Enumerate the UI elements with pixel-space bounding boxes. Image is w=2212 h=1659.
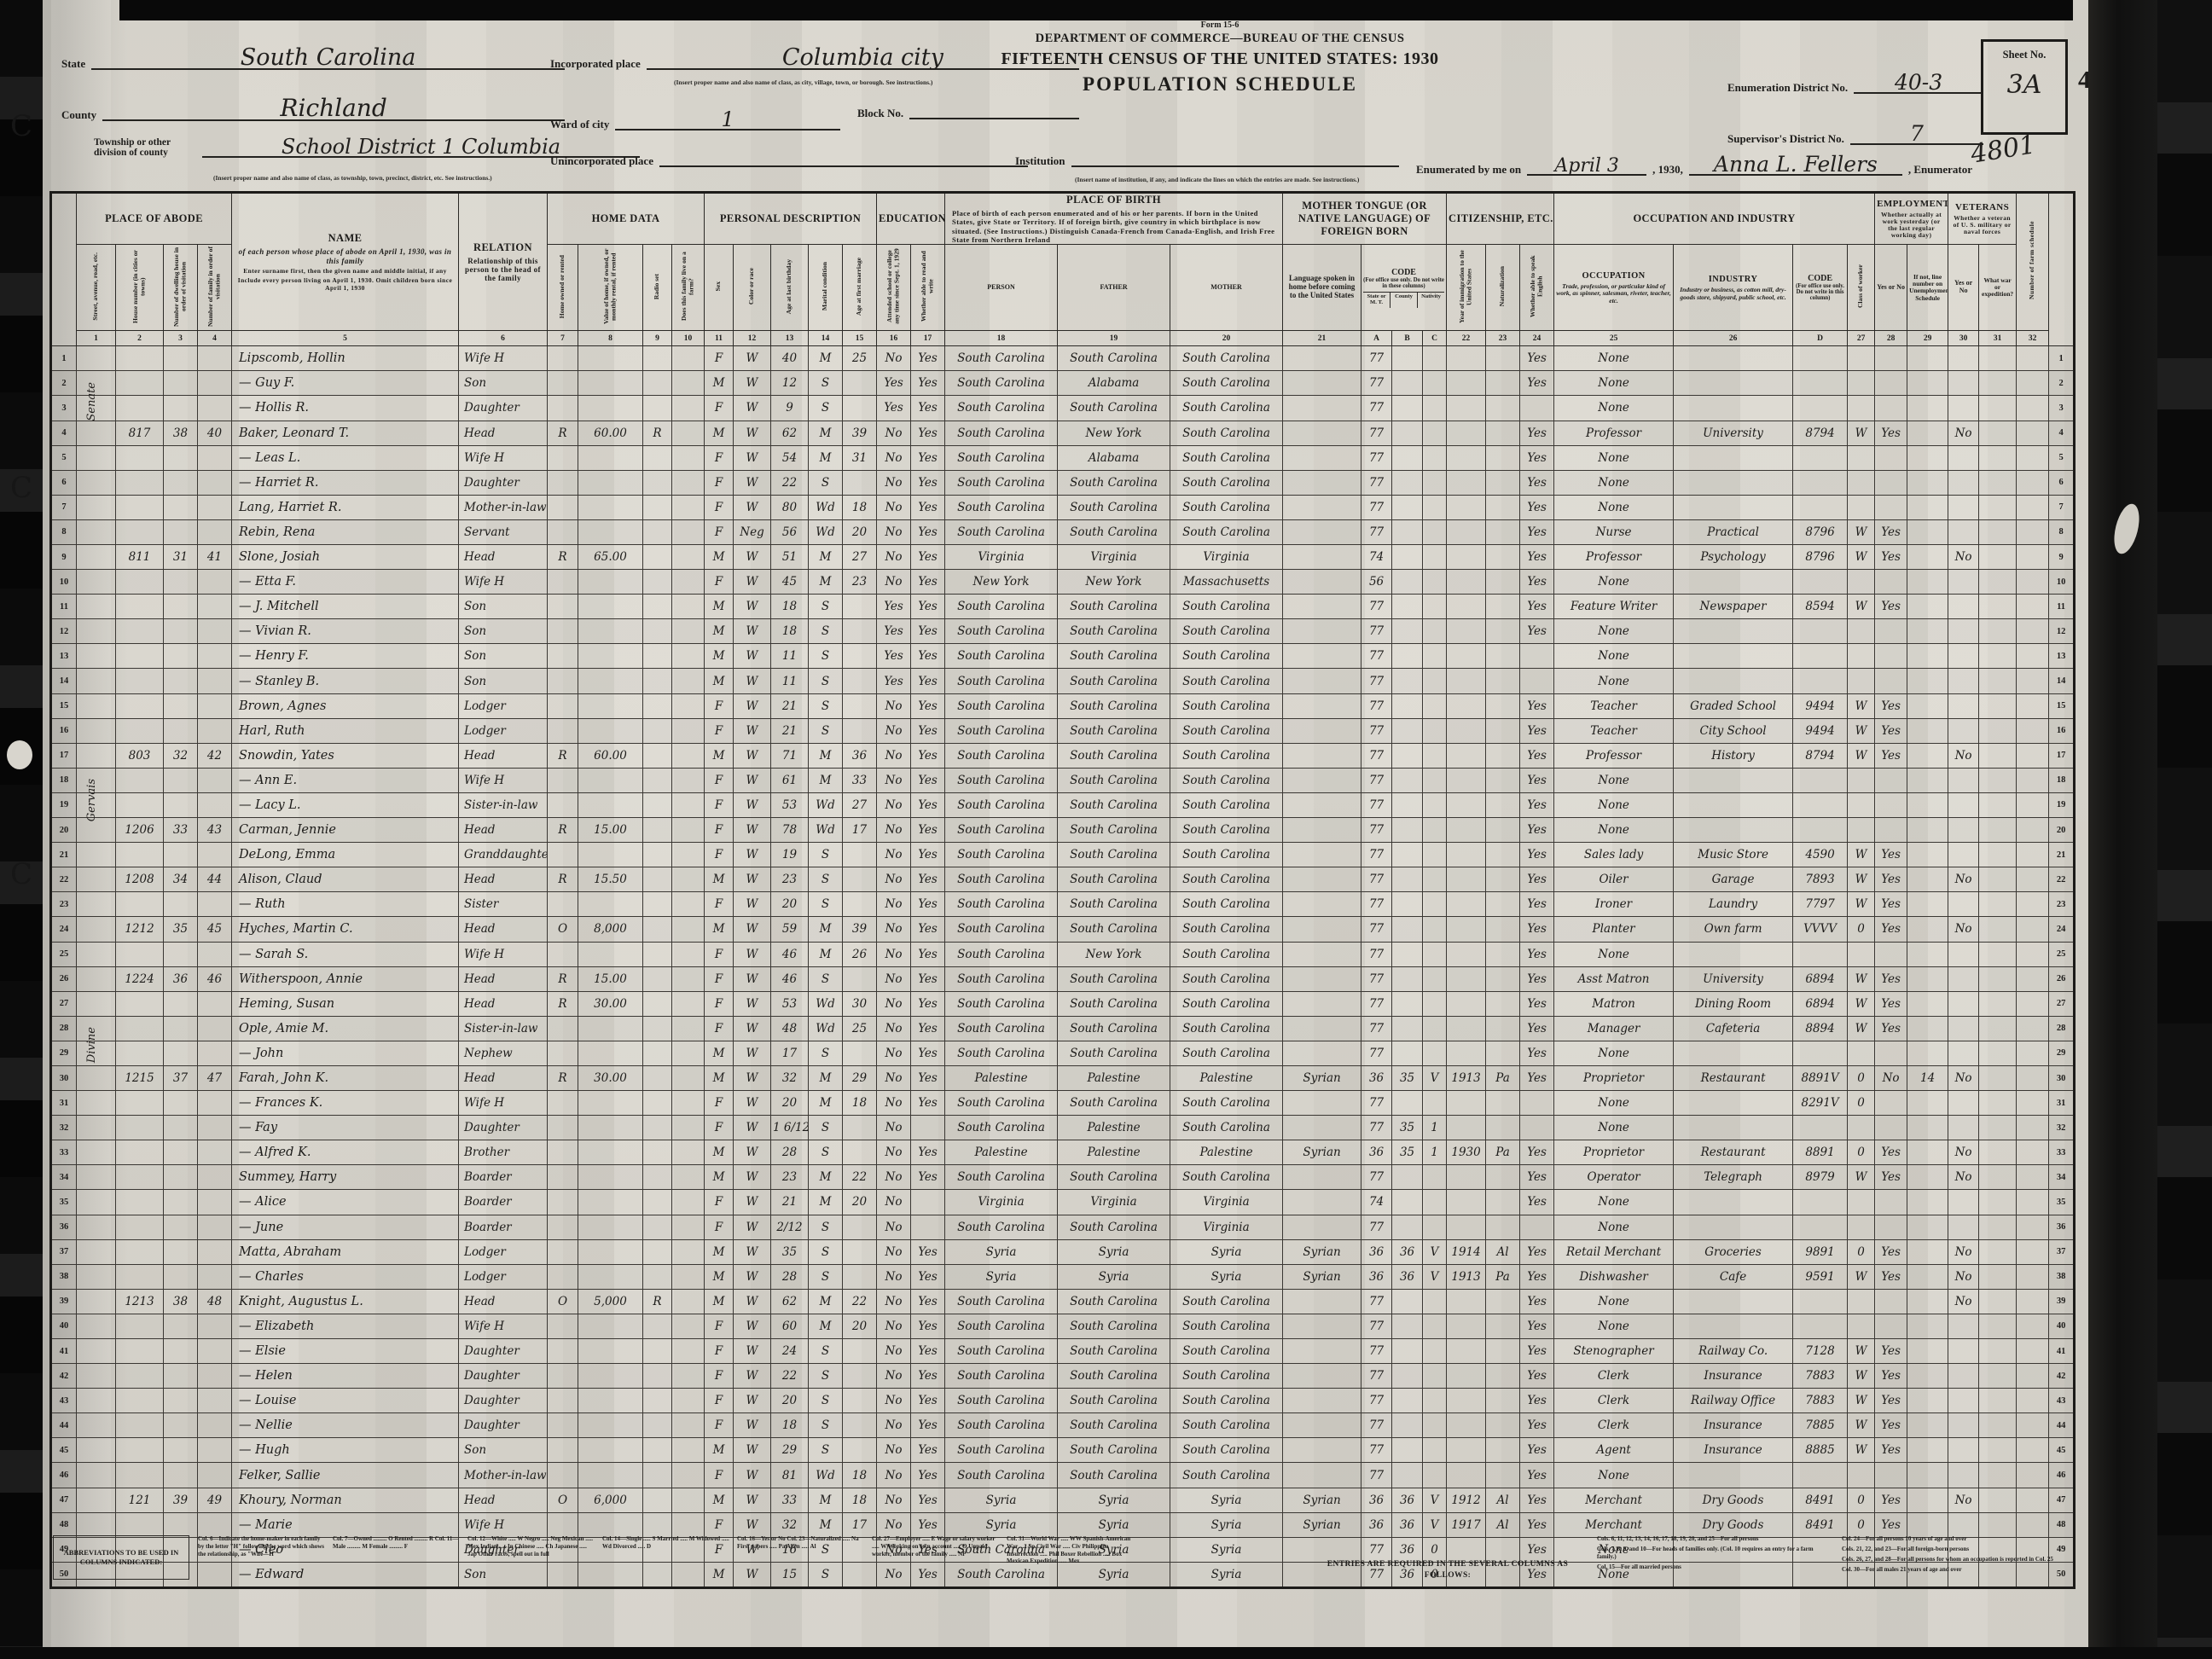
color-cell: W: [734, 1215, 771, 1239]
dwelling-number-cell: [164, 1016, 198, 1041]
age-cell: 53: [771, 792, 809, 817]
sex-cell: M: [705, 669, 734, 693]
dwelling-number-cell: 37: [164, 1065, 198, 1090]
unemployment-line-cell: [1907, 892, 1948, 917]
school-cell: No: [877, 445, 911, 470]
house-number-cell: [116, 396, 164, 421]
radio-cell: [643, 445, 672, 470]
war-cell: [1979, 1488, 2017, 1512]
enumerated-year: , 1930,: [1652, 164, 1683, 176]
column-number: 20: [1170, 331, 1283, 346]
year-immigration-cell: [1447, 991, 1486, 1016]
relation-cell: Sister: [459, 892, 548, 917]
table-row: 42— HelenDaughterFW22SNoYesSouth Carolin…: [51, 1364, 2075, 1389]
birth-person-cell: South Carolina: [945, 669, 1058, 693]
industry-cell: [1674, 1463, 1793, 1488]
speaks-english-cell: Yes: [1520, 1463, 1554, 1488]
unemployment-line-cell: [1907, 1190, 1948, 1215]
unemployment-line-cell: [1907, 470, 1948, 495]
color-cell: W: [734, 470, 771, 495]
house-number-cell: 811: [116, 545, 164, 570]
family-number-cell: [198, 644, 232, 669]
worked-yesterday-cell: [1875, 346, 1907, 371]
industry-cell: [1674, 1190, 1793, 1215]
family-number-cell: [198, 519, 232, 544]
worked-yesterday-cell: [1875, 371, 1907, 396]
sex-cell: F: [705, 1016, 734, 1041]
veteran-cell: No: [1948, 421, 1979, 445]
family-number-cell: [198, 1364, 232, 1389]
class-of-worker-cell: 0: [1848, 1239, 1875, 1264]
table-row: 36— JuneBoarderFW2/12SNoSouth CarolinaSo…: [51, 1215, 2075, 1239]
form-number: Form 15-6: [968, 20, 1472, 30]
line-number-left: 23: [51, 892, 77, 917]
family-number-cell: 44: [198, 867, 232, 892]
column-number: 16: [877, 331, 911, 346]
language-cell: [1283, 1463, 1361, 1488]
age-married-cell: 31: [843, 445, 877, 470]
birth-mother-cell: South Carolina: [1170, 867, 1283, 892]
name-cell: — Helen: [232, 1364, 459, 1389]
occupation-cell: None: [1554, 1190, 1674, 1215]
naturalization-cell: [1486, 867, 1520, 892]
birth-father-cell: South Carolina: [1058, 1389, 1170, 1413]
industry-cell: Music Store: [1674, 843, 1793, 867]
home-value-cell: [578, 1512, 643, 1537]
family-number-cell: [198, 892, 232, 917]
own-rent-cell: [548, 669, 578, 693]
table-row: 2— Guy F.SonMW12SYesYesSouth CarolinaAla…: [51, 371, 2075, 396]
sex-cell: F: [705, 1116, 734, 1140]
marital-cell: S: [809, 892, 843, 917]
language-cell: [1283, 619, 1361, 644]
age-married-cell: 20: [843, 1190, 877, 1215]
speaks-english-cell: Yes: [1520, 1389, 1554, 1413]
year-immigration-cell: [1447, 644, 1486, 669]
veteran-cell: [1948, 1364, 1979, 1389]
relation-cell: Son: [459, 371, 548, 396]
street-cell: [77, 743, 116, 768]
year-immigration-cell: [1447, 768, 1486, 792]
school-cell: Yes: [877, 669, 911, 693]
unemployment-line-cell: [1907, 843, 1948, 867]
school-cell: No: [877, 966, 911, 991]
year-immigration-cell: [1447, 545, 1486, 570]
relation-cell: Daughter: [459, 470, 548, 495]
line-number-left: 37: [51, 1239, 77, 1264]
unemployment-line-cell: [1907, 1264, 1948, 1289]
codeA-cell: 77: [1361, 644, 1392, 669]
speaks-english-cell: Yes: [1520, 1339, 1554, 1364]
birth-mother-cell: South Carolina: [1170, 1438, 1283, 1463]
worked-yesterday-cell: [1875, 1091, 1907, 1116]
name-cell: — Leas L.: [232, 445, 459, 470]
family-number-cell: [198, 718, 232, 743]
name-cell: — J. Mitchell: [232, 595, 459, 619]
farm-cell: [672, 1289, 705, 1314]
own-rent-cell: [548, 346, 578, 371]
language-cell: [1283, 1389, 1361, 1413]
sex-cell: F: [705, 942, 734, 966]
line-number-right: 37: [2049, 1239, 2075, 1264]
occupation-cell: None: [1554, 470, 1674, 495]
unemployment-line-cell: [1907, 1314, 1948, 1338]
color-cell: W: [734, 1239, 771, 1264]
col-naturalization: Naturalization: [1486, 245, 1520, 331]
footer-legend: ABBREVIATIONS TO BE USED IN COLUMNS INDI…: [53, 1535, 2075, 1643]
relation-cell: Daughter: [459, 1413, 548, 1438]
line-number-left: 29: [51, 1041, 77, 1065]
marital-cell: M: [809, 1512, 843, 1537]
school-cell: No: [877, 991, 911, 1016]
veteran-cell: [1948, 1463, 1979, 1488]
line-number-left: 30: [51, 1065, 77, 1090]
farm-cell: [672, 1339, 705, 1364]
read-write-cell: Yes: [911, 1065, 945, 1090]
year-immigration-cell: 1912: [1447, 1488, 1486, 1512]
col-house-number: House number (in cities or towns): [116, 245, 164, 331]
year-immigration-cell: [1447, 743, 1486, 768]
home-value-cell: [578, 1239, 643, 1264]
name-cell: — Vivian R.: [232, 619, 459, 644]
dwelling-number-cell: [164, 1116, 198, 1140]
year-immigration-cell: [1447, 595, 1486, 619]
codeB-cell: [1392, 644, 1423, 669]
street-cell: Gervais: [77, 818, 116, 843]
own-rent-cell: [548, 1413, 578, 1438]
birth-mother-cell: Virginia: [1170, 545, 1283, 570]
read-write-cell: Yes: [911, 818, 945, 843]
birth-mother-cell: South Carolina: [1170, 1091, 1283, 1116]
relation-cell: Head: [459, 818, 548, 843]
hole-punch: [7, 740, 32, 769]
war-cell: [1979, 644, 2017, 669]
sex-cell: M: [705, 644, 734, 669]
line-number-right: 48: [2049, 1512, 2075, 1537]
sex-cell: M: [705, 1041, 734, 1065]
occupation-cell: Proprietor: [1554, 1065, 1674, 1090]
dwelling-number-cell: [164, 371, 198, 396]
marital-cell: M: [809, 1165, 843, 1190]
veteran-cell: [1948, 1438, 1979, 1463]
class-of-worker-cell: 0: [1848, 917, 1875, 942]
house-number-cell: 1208: [116, 867, 164, 892]
line-number-right: 41: [2049, 1339, 2075, 1364]
col-street: Street, avenue, road, etc.: [77, 245, 116, 331]
language-cell: [1283, 1041, 1361, 1065]
own-rent-cell: [548, 1389, 578, 1413]
industry-cell: Insurance: [1674, 1413, 1793, 1438]
codeA-cell: 77: [1361, 1165, 1392, 1190]
industry-cell: [1674, 942, 1793, 966]
year-immigration-cell: [1447, 519, 1486, 544]
farm-schedule-cell: [2017, 669, 2049, 693]
occupation-cell: Planter: [1554, 917, 1674, 942]
relation-cell: Daughter: [459, 1339, 548, 1364]
radio-cell: [643, 595, 672, 619]
name-cell: — Ann E.: [232, 768, 459, 792]
veteran-cell: [1948, 445, 1979, 470]
marital-cell: S: [809, 470, 843, 495]
column-number: 25: [1554, 331, 1674, 346]
language-cell: [1283, 1116, 1361, 1140]
veteran-cell: [1948, 1339, 1979, 1364]
house-number-cell: 121: [116, 1488, 164, 1512]
birth-mother-cell: South Carolina: [1170, 346, 1283, 371]
relation-cell: Boarder: [459, 1165, 548, 1190]
birth-mother-cell: South Carolina: [1170, 718, 1283, 743]
family-number-cell: [198, 1215, 232, 1239]
birth-father-cell: South Carolina: [1058, 1463, 1170, 1488]
codeC-cell: [1423, 917, 1447, 942]
language-cell: [1283, 1091, 1361, 1116]
home-value-cell: [578, 693, 643, 718]
color-cell: W: [734, 1512, 771, 1537]
farm-schedule-cell: [2017, 1239, 2049, 1264]
industry-cell: Cafeteria: [1674, 1016, 1793, 1041]
color-cell: W: [734, 545, 771, 570]
col-code-abc: CODE (For office use only. Do not write …: [1361, 245, 1447, 331]
codeA-cell: 77: [1361, 693, 1392, 718]
house-number-cell: [116, 1190, 164, 1215]
farm-cell: [672, 346, 705, 371]
age-cell: 56: [771, 519, 809, 544]
abbreviation-columns: Col. 6—Indicate the home-maker in each f…: [198, 1535, 1298, 1565]
language-cell: [1283, 396, 1361, 421]
speaks-english-cell: Yes: [1520, 421, 1554, 445]
birth-person-cell: South Carolina: [945, 1016, 1058, 1041]
school-cell: Yes: [877, 619, 911, 644]
class-of-worker-cell: W: [1848, 843, 1875, 867]
sex-cell: F: [705, 470, 734, 495]
home-value-cell: [578, 519, 643, 544]
occupation-cell: None: [1554, 495, 1674, 519]
farm-schedule-cell: [2017, 1463, 2049, 1488]
language-cell: [1283, 1190, 1361, 1215]
color-cell: W: [734, 495, 771, 519]
birth-person-cell: South Carolina: [945, 892, 1058, 917]
year-immigration-cell: [1447, 942, 1486, 966]
age-married-cell: [843, 669, 877, 693]
age-cell: 18: [771, 595, 809, 619]
industry-cell: [1674, 396, 1793, 421]
house-number-cell: [116, 669, 164, 693]
veteran-cell: [1948, 346, 1979, 371]
house-number-cell: [116, 470, 164, 495]
dwelling-number-cell: [164, 495, 198, 519]
own-rent-cell: [548, 619, 578, 644]
industry-cell: University: [1674, 421, 1793, 445]
war-cell: [1979, 818, 2017, 843]
radio-cell: [643, 1339, 672, 1364]
name-cell: — Alfred K.: [232, 1140, 459, 1165]
line-number-column-header-right: [2049, 193, 2075, 346]
relation-cell: Wife H: [459, 1314, 548, 1338]
occupation-cell: Operator: [1554, 1165, 1674, 1190]
codeA-cell: 77: [1361, 371, 1392, 396]
birth-father-cell: South Carolina: [1058, 346, 1170, 371]
war-cell: [1979, 942, 2017, 966]
own-rent-cell: R: [548, 818, 578, 843]
age-cell: 60: [771, 1314, 809, 1338]
farm-cell: [672, 991, 705, 1016]
class-of-worker-cell: W: [1848, 743, 1875, 768]
unemployment-line-cell: [1907, 792, 1948, 817]
class-of-worker-cell: [1848, 346, 1875, 371]
worked-yesterday-cell: No: [1875, 1065, 1907, 1090]
own-rent-cell: [548, 942, 578, 966]
sex-cell: M: [705, 1289, 734, 1314]
veteran-cell: No: [1948, 545, 1979, 570]
codeA-cell: 77: [1361, 396, 1392, 421]
birth-father-cell: Syria: [1058, 1488, 1170, 1512]
family-number-cell: [198, 942, 232, 966]
year-immigration-cell: [1447, 1190, 1486, 1215]
col-birth-father: FATHER: [1058, 245, 1170, 331]
street-cell: [77, 1488, 116, 1512]
codeB-cell: 36: [1392, 1264, 1423, 1289]
name-cell: — Stanley B.: [232, 669, 459, 693]
relation-cell: Head: [459, 1289, 548, 1314]
street-cell: [77, 1314, 116, 1338]
radio-cell: [643, 892, 672, 917]
language-cell: [1283, 1339, 1361, 1364]
speaks-english-cell: Yes: [1520, 991, 1554, 1016]
unemployment-line-cell: 14: [1907, 1065, 1948, 1090]
marital-cell: S: [809, 1264, 843, 1289]
occupation-cell: None: [1554, 818, 1674, 843]
table-row: 6— Harriet R.DaughterFW22SNoYesSouth Car…: [51, 470, 2075, 495]
age-married-cell: [843, 619, 877, 644]
house-number-cell: [116, 693, 164, 718]
house-number-cell: [116, 445, 164, 470]
age-married-cell: [843, 693, 877, 718]
relation-cell: Daughter: [459, 1364, 548, 1389]
codeA-cell: 77: [1361, 1339, 1392, 1364]
table-row: 14— Stanley B.SonMW11SYesYesSouth Caroli…: [51, 669, 2075, 693]
table-row: 29— JohnNephewMW17SNoYesSouth CarolinaSo…: [51, 1041, 2075, 1065]
codeB-cell: [1392, 1215, 1423, 1239]
codeC-cell: [1423, 644, 1447, 669]
age-cell: 19: [771, 843, 809, 867]
year-immigration-cell: [1447, 1463, 1486, 1488]
table-row: 5— Leas L.Wife HFW54M31NoYesSouth Caroli…: [51, 445, 2075, 470]
school-cell: No: [877, 768, 911, 792]
home-value-cell: 15.00: [578, 818, 643, 843]
age-cell: 59: [771, 917, 809, 942]
speaks-english-cell: Yes: [1520, 693, 1554, 718]
age-married-cell: 39: [843, 917, 877, 942]
line-number-right: 27: [2049, 991, 2075, 1016]
class-of-worker-cell: [1848, 1463, 1875, 1488]
read-write-cell: Yes: [911, 1264, 945, 1289]
read-write-cell: Yes: [911, 445, 945, 470]
language-cell: [1283, 843, 1361, 867]
sex-cell: F: [705, 1413, 734, 1438]
family-number-cell: [198, 1314, 232, 1338]
house-number-cell: 1224: [116, 966, 164, 991]
sex-cell: F: [705, 1463, 734, 1488]
speaks-english-cell: Yes: [1520, 1239, 1554, 1264]
table-row: 471213949Khoury, NormanHeadO6,000MW33M18…: [51, 1488, 2075, 1512]
farm-cell: [672, 519, 705, 544]
speaks-english-cell: Yes: [1520, 743, 1554, 768]
veteran-cell: [1948, 1116, 1979, 1140]
birth-person-cell: Syria: [945, 1264, 1058, 1289]
speaks-english-cell: [1520, 396, 1554, 421]
read-write-cell: Yes: [911, 519, 945, 544]
col-read-write: Whether able to read and write: [911, 245, 945, 331]
column-number: C: [1423, 331, 1447, 346]
industry-cell: Restaurant: [1674, 1065, 1793, 1090]
radio-cell: [643, 743, 672, 768]
speaks-english-cell: Yes: [1520, 1016, 1554, 1041]
home-value-cell: [578, 792, 643, 817]
occupation-cell: None: [1554, 1116, 1674, 1140]
industry-cell: Dining Room: [1674, 991, 1793, 1016]
age-married-cell: 17: [843, 818, 877, 843]
codeD-cell: 8891V: [1793, 1065, 1848, 1090]
codeB-cell: [1392, 421, 1423, 445]
name-cell: Harl, Ruth: [232, 718, 459, 743]
line-number-right: 45: [2049, 1438, 2075, 1463]
farm-schedule-cell: [2017, 396, 2049, 421]
house-number-cell: [116, 519, 164, 544]
industry-cell: Dry Goods: [1674, 1488, 1793, 1512]
occupation-cell: Oiler: [1554, 867, 1674, 892]
worked-yesterday-cell: [1875, 818, 1907, 843]
group-personal-description: PERSONAL DESCRIPTION: [705, 193, 877, 245]
farm-cell: [672, 1413, 705, 1438]
family-number-cell: [198, 495, 232, 519]
relation-cell: Boarder: [459, 1190, 548, 1215]
codeB-cell: [1392, 718, 1423, 743]
street-cell: [77, 693, 116, 718]
read-write-cell: Yes: [911, 1339, 945, 1364]
age-cell: 17: [771, 1041, 809, 1065]
codeD-cell: [1793, 669, 1848, 693]
col-birth-person: PERSON: [945, 245, 1058, 331]
family-number-cell: [198, 792, 232, 817]
codeD-cell: [1793, 1463, 1848, 1488]
name-cell: — Hollis R.: [232, 396, 459, 421]
speaks-english-cell: Yes: [1520, 470, 1554, 495]
naturalization-cell: [1486, 942, 1520, 966]
color-cell: W: [734, 1289, 771, 1314]
codeB-cell: [1392, 346, 1423, 371]
codeD-cell: 8794: [1793, 421, 1848, 445]
codeB-cell: [1392, 396, 1423, 421]
radio-cell: R: [643, 421, 672, 445]
sex-cell: F: [705, 818, 734, 843]
unemployment-line-cell: [1907, 619, 1948, 644]
age-cell: 81: [771, 1463, 809, 1488]
codeB-cell: 35: [1392, 1140, 1423, 1165]
age-cell: 11: [771, 669, 809, 693]
family-number-cell: [198, 470, 232, 495]
family-number-cell: 46: [198, 966, 232, 991]
street-cell: [77, 619, 116, 644]
farm-cell: [672, 1140, 705, 1165]
name-cell: — Louise: [232, 1389, 459, 1413]
col-industry: INDUSTRY Industry or business, as cotton…: [1674, 245, 1793, 331]
street-cell: [77, 495, 116, 519]
house-number-cell: [116, 1413, 164, 1438]
worked-yesterday-cell: Yes: [1875, 519, 1907, 544]
birth-father-cell: South Carolina: [1058, 1314, 1170, 1338]
codeD-cell: [1793, 470, 1848, 495]
occupation-cell: None: [1554, 1041, 1674, 1065]
